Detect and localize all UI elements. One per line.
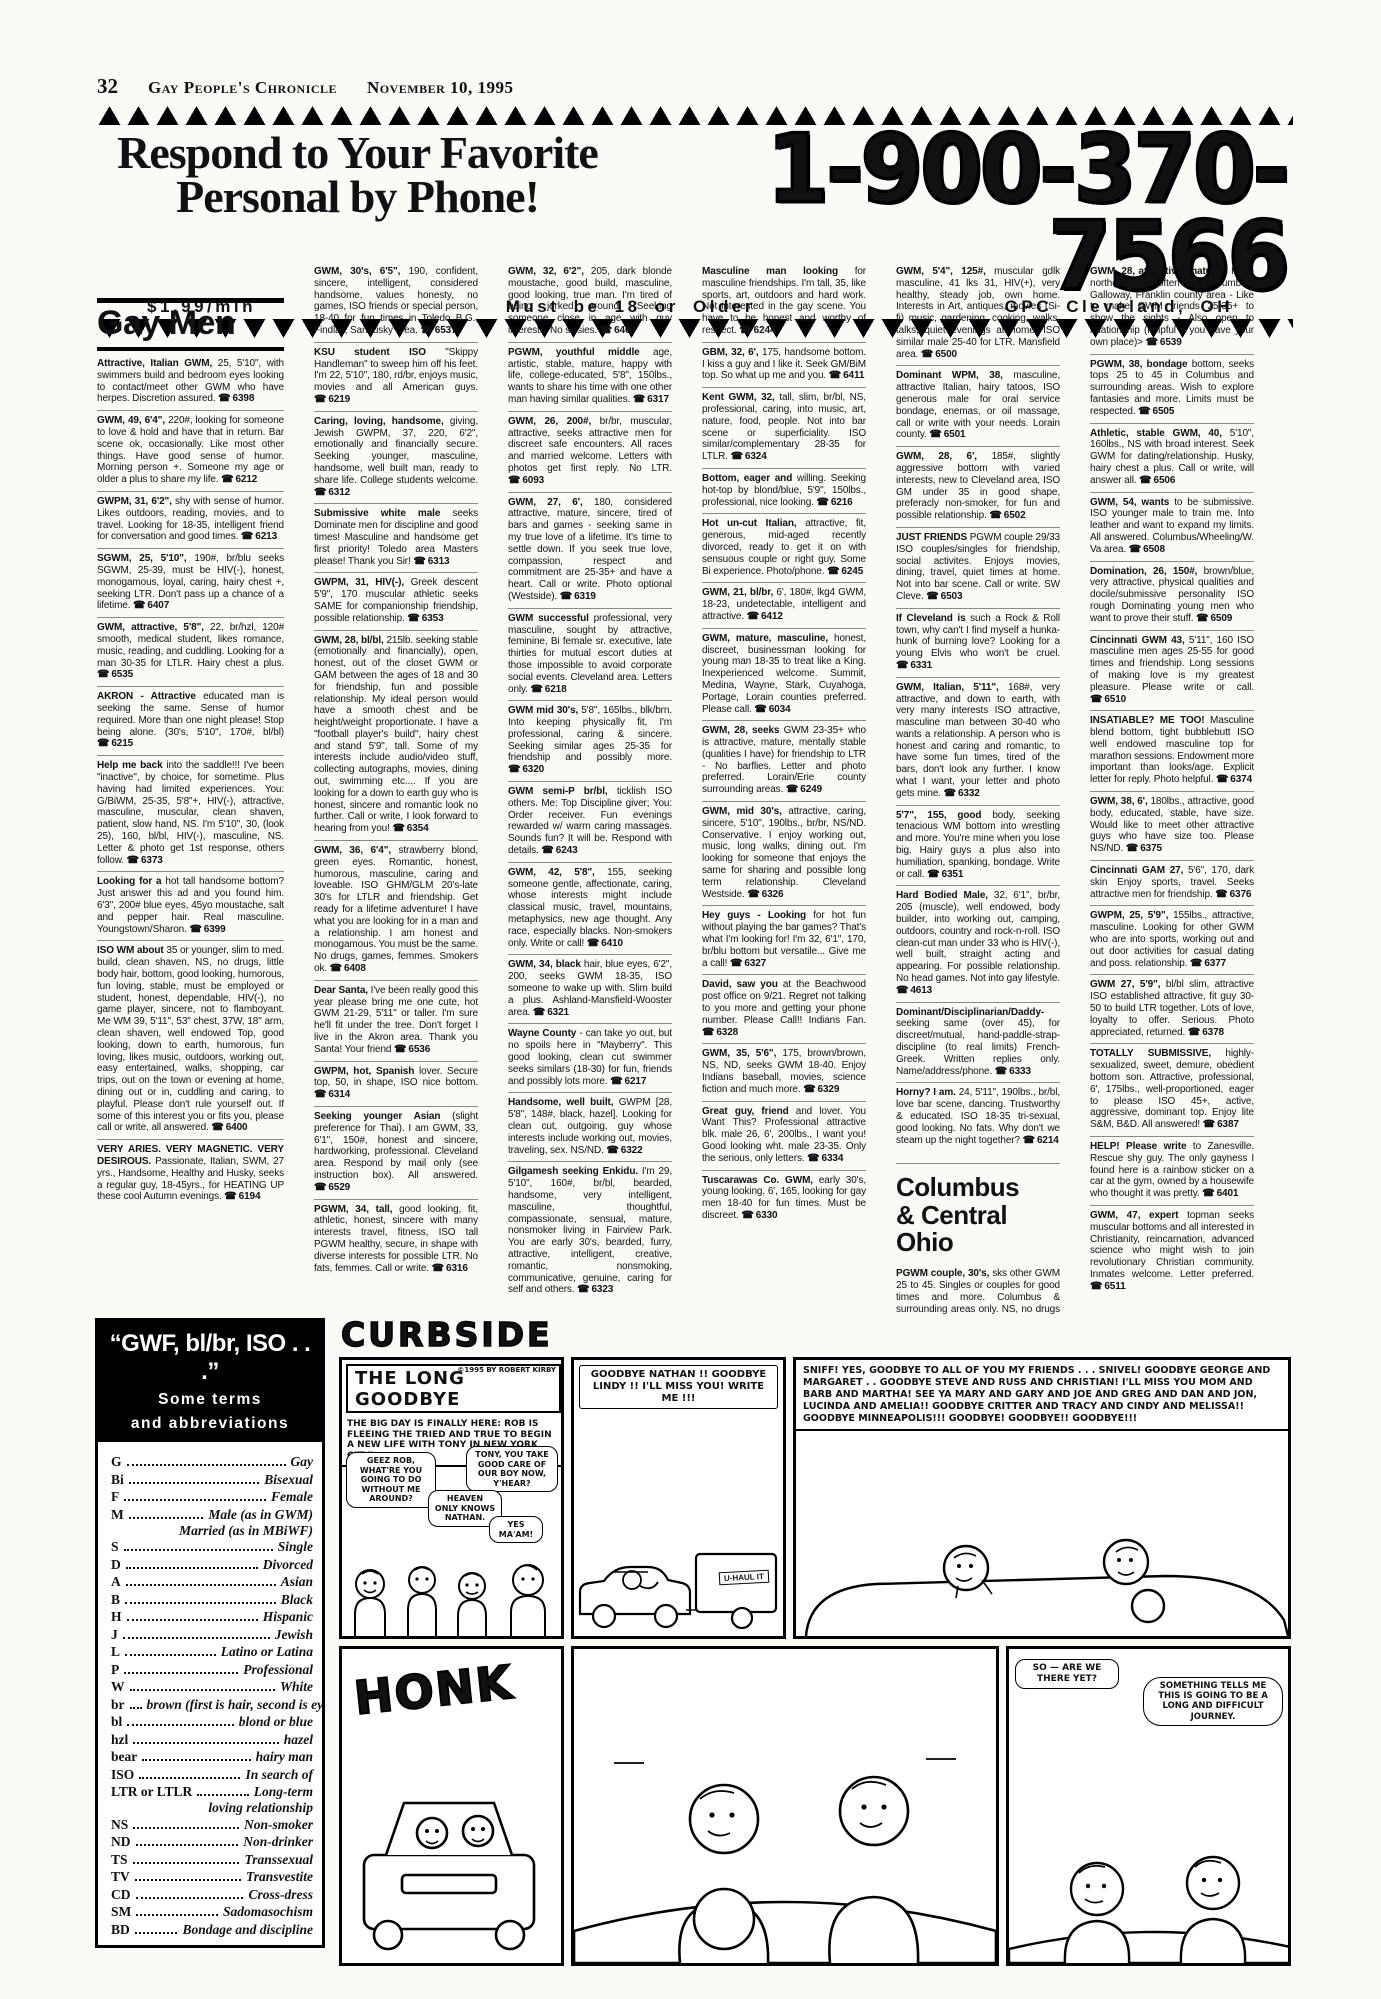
classified-ad: Submissive white male seeks Dominate men… bbox=[314, 503, 478, 572]
abbreviation-entry: J Jewish bbox=[111, 1627, 313, 1643]
thought-bubble: SOMETHING TELLS ME THIS IS GOING TO BE A… bbox=[1143, 1677, 1283, 1726]
abbreviation-entry: ISO In search of bbox=[111, 1767, 313, 1783]
ad-phone-number: 6328 bbox=[716, 1027, 738, 1038]
abbreviation-entry: ND Non-drinker bbox=[111, 1834, 313, 1850]
dot-leader bbox=[127, 1610, 258, 1621]
dot-leader bbox=[135, 1870, 241, 1881]
ad-phone: 6324 bbox=[731, 451, 767, 462]
abbreviation-meaning-cont: Married (as in MBiWF) bbox=[179, 1523, 313, 1538]
ad-phone-number: 6323 bbox=[591, 1284, 613, 1295]
dot-leader bbox=[139, 1768, 240, 1779]
phone-icon bbox=[218, 393, 232, 404]
dot-leader bbox=[129, 1508, 204, 1519]
ad-phone: 6316 bbox=[432, 1263, 468, 1274]
ad-list: Attractive, Italian GWM, 25, 5'10", with… bbox=[97, 354, 284, 1208]
ad-phone-number: 6401 bbox=[1217, 1188, 1239, 1199]
ad-phone: 4613 bbox=[896, 985, 932, 996]
phone-icon bbox=[1196, 613, 1210, 624]
ad-lead: KSU student ISO bbox=[314, 347, 426, 358]
ad-phone-number: 6376 bbox=[1230, 889, 1252, 900]
ad-phone-number: 6316 bbox=[446, 1263, 468, 1274]
dot-leader bbox=[135, 1923, 178, 1934]
ad-lead: GWM mid 30's, bbox=[508, 705, 578, 716]
ad-phone-number: 6334 bbox=[822, 1153, 844, 1164]
ad-lead: Looking for a bbox=[97, 876, 162, 887]
abbreviation-key: CD bbox=[111, 1887, 131, 1903]
ad-list: GWM, 5'4", 125#, muscular gdlk masculine… bbox=[896, 262, 1060, 1151]
phone-icon bbox=[1215, 889, 1229, 900]
ad-phone: 6320 bbox=[508, 764, 544, 775]
classified-ad: Caring, loving, handsome, giving, Jewish… bbox=[314, 411, 478, 504]
abbreviation-key: NS bbox=[111, 1817, 128, 1833]
dot-leader bbox=[125, 1593, 276, 1604]
ad-phone: 6536 bbox=[394, 1044, 430, 1055]
ad-lead: SGWM, 25, 5'10", bbox=[97, 553, 187, 564]
ad-phone: 6322 bbox=[606, 1145, 642, 1156]
ad-phone-number: 6320 bbox=[522, 764, 544, 775]
ad-lead: Great guy, friend bbox=[702, 1106, 789, 1117]
comic-strip: CURBSIDE THE LONG GOODBYE ©1995 by Rober… bbox=[339, 1318, 1291, 1982]
phone-icon bbox=[827, 566, 841, 577]
ad-phone-number: 6330 bbox=[756, 1210, 778, 1221]
classified-ad: GWM mid 30's, 5'8", 165lbs., blk/brn. In… bbox=[508, 700, 672, 781]
car-interior-drawing bbox=[796, 1528, 1291, 1636]
phone-icon bbox=[606, 1145, 620, 1156]
ad-phone-number: 6505 bbox=[1153, 406, 1175, 417]
ad-lead: Gilgamesh seeking Enkidu. bbox=[508, 1166, 638, 1177]
ad-phone-number: 6503 bbox=[941, 591, 963, 602]
speech-bubble: GOODBYE NATHAN !! GOODBYE LINDY !! I'LL … bbox=[579, 1365, 778, 1409]
ad-lead: David, saw you bbox=[702, 979, 778, 990]
ad-lead: PGWM, 34, tall, bbox=[314, 1204, 392, 1215]
phone-icon bbox=[97, 738, 111, 749]
ad-phone: 6219 bbox=[314, 394, 350, 405]
phone-icon bbox=[432, 1263, 446, 1274]
ad-lead: Hard Bodied Male, bbox=[896, 890, 988, 901]
phone-icon bbox=[127, 855, 141, 866]
two-riders-drawing bbox=[1009, 1823, 1291, 1963]
abbreviation-entry: hzl hazel bbox=[111, 1732, 313, 1748]
abbreviation-key: M bbox=[111, 1507, 124, 1523]
ad-phone-number: 6249 bbox=[800, 784, 822, 795]
ad-lead: Hot un-cut Italian, bbox=[702, 518, 797, 529]
dot-leader bbox=[124, 1490, 266, 1501]
abbreviation-meaning: White bbox=[280, 1679, 313, 1695]
abbreviation-entry: CD Cross-dress bbox=[111, 1887, 313, 1903]
ad-phone: 6409 bbox=[600, 325, 636, 336]
phone-icon bbox=[1126, 843, 1140, 854]
dot-leader bbox=[133, 1733, 278, 1744]
ad-phone: 6243 bbox=[541, 845, 577, 856]
classified-ad: GWM, 54, wants to be submissive. ISO you… bbox=[1090, 492, 1254, 561]
classified-ad: GWM, 5'4", 125#, muscular gdlk masculine… bbox=[896, 262, 1060, 365]
ad-phone-number: 6409 bbox=[614, 325, 636, 336]
abbreviation-key: G bbox=[111, 1454, 122, 1470]
ad-lead: INSATIABLE? ME TOO! bbox=[1090, 715, 1205, 726]
ad-lead: Help me back bbox=[97, 760, 163, 771]
ad-phone-number: 6377 bbox=[1204, 958, 1226, 969]
car-dashboard-drawing bbox=[574, 1723, 996, 1963]
phone-icon bbox=[314, 1182, 328, 1193]
abbreviation-key: P bbox=[111, 1662, 119, 1678]
ad-lead: PGWM, youthful middle bbox=[508, 347, 640, 358]
ad-phone: 6321 bbox=[533, 1007, 569, 1018]
abbreviation-entry: B Black bbox=[111, 1592, 313, 1608]
classified-ad: GWPM, hot, Spanish lover. Secure top, 50… bbox=[314, 1061, 478, 1106]
ad-phone: 6334 bbox=[807, 1153, 843, 1164]
classified-ad: Help me back into the saddle!!! I've bee… bbox=[97, 755, 284, 871]
classified-ad: GWM, 27, 6', 180, considered attractive,… bbox=[508, 492, 672, 608]
dot-leader bbox=[124, 1540, 273, 1551]
ad-lead: Attractive, Italian GWM, bbox=[97, 358, 212, 369]
ad-phone: 6400 bbox=[211, 1122, 247, 1133]
banner-line1: Respond to Your Favorite bbox=[105, 131, 610, 175]
ad-body: attractive, caring, sincere, 5'10", 190l… bbox=[702, 806, 866, 900]
phone-icon bbox=[189, 924, 203, 935]
phone-icon bbox=[747, 889, 761, 900]
phone-icon bbox=[1129, 544, 1143, 555]
classified-ad: Athletic, stable GWM, 40, 5'10", 160lbs.… bbox=[1090, 423, 1254, 492]
ad-phone-number: 6314 bbox=[328, 1089, 350, 1100]
ad-lead: GWM successful bbox=[508, 613, 589, 624]
phone-icon bbox=[929, 429, 943, 440]
phone-icon bbox=[221, 474, 235, 485]
phone-icon bbox=[530, 684, 544, 695]
comic-panel-5 bbox=[571, 1646, 999, 1966]
ad-body: professional, very masculine, sought by … bbox=[508, 613, 672, 695]
abbreviation-entry: Bi Bisexual bbox=[111, 1472, 313, 1488]
classified-ad: Dominant WPM, 38, masculine, attractive … bbox=[896, 365, 1060, 446]
classified-ad: GWM, 34, black hair, blue eyes, 6'2", 20… bbox=[508, 954, 672, 1023]
phone-icon bbox=[927, 869, 941, 880]
classified-ad: VERY ARIES. VERY MAGNETIC. VERY DESIROUS… bbox=[97, 1139, 284, 1208]
ad-body: 168#, very attractive, and down to earth… bbox=[896, 682, 1060, 799]
ad-phone: 6313 bbox=[413, 556, 449, 567]
abbreviation-key: TV bbox=[111, 1869, 130, 1885]
comic-panel-1: THE LONG GOODBYE ©1995 by Robert Kirby T… bbox=[339, 1357, 564, 1639]
abbreviation-key: Bi bbox=[111, 1472, 124, 1488]
ad-phone-number: 6219 bbox=[328, 394, 350, 405]
abbreviation-meaning: Transsexual bbox=[244, 1852, 313, 1868]
abbreviation-meaning: brown (first is hair, second is eyes) bbox=[147, 1697, 326, 1713]
ad-lead: GWM semi-P br/bl, bbox=[508, 786, 608, 797]
dot-leader bbox=[125, 1645, 216, 1656]
comic-panel-6: SO — ARE WE THERE YET? SOMETHING TELLS M… bbox=[1006, 1646, 1291, 1966]
abbreviation-key: S bbox=[111, 1539, 119, 1555]
ad-phone: 6373 bbox=[127, 855, 163, 866]
dot-leader bbox=[130, 1680, 275, 1691]
dot-leader bbox=[127, 1715, 233, 1726]
ad-phone: 6351 bbox=[927, 869, 963, 880]
ad-lead: TOTALLY SUBMISSIVE, bbox=[1090, 1048, 1211, 1059]
classified-ad: Bottom, eager and willing. Seeking hot-t… bbox=[702, 468, 866, 513]
phone-icon bbox=[610, 1076, 624, 1087]
speech-bubble: YES MA'AM! bbox=[489, 1516, 543, 1543]
ad-phone-number: 6319 bbox=[574, 591, 596, 602]
ad-phone-number: 6243 bbox=[556, 845, 578, 856]
ad-list: GWM, 32, 6'2", 205, dark blonde moustach… bbox=[508, 262, 672, 1301]
ad-phone-number: 6399 bbox=[204, 924, 226, 935]
ad-phone-number: 6213 bbox=[255, 531, 277, 542]
ad-phone-number: 6218 bbox=[545, 684, 567, 695]
classified-ad: TOTALLY SUBMISSIVE, highly-sexualized, s… bbox=[1090, 1043, 1254, 1136]
ad-lead: GWM, attractive, 5'8", bbox=[97, 622, 204, 633]
classified-ad: Tuscarawas Co. GWM, early 30's, young lo… bbox=[702, 1170, 866, 1227]
ad-phone: 6399 bbox=[189, 924, 225, 935]
classifieds-column-6: GWM, 28, attractive, mature - From north… bbox=[1090, 262, 1254, 1314]
strip-credit: ©1995 by Robert Kirby bbox=[457, 1366, 556, 1374]
ad-phone-number: 6387 bbox=[1217, 1119, 1239, 1130]
ad-phone-number: 6501 bbox=[944, 429, 966, 440]
paper-title: Gay People's Chronicle bbox=[148, 78, 337, 98]
ad-lead: GWM, 47, expert bbox=[1090, 1210, 1178, 1221]
abbreviation-entry: S Single bbox=[111, 1539, 313, 1555]
abbreviation-meaning: hairy man bbox=[256, 1749, 313, 1765]
abbreviation-key: bl bbox=[111, 1714, 122, 1730]
ad-phone-number: 6398 bbox=[233, 393, 255, 404]
ad-lead: GWM, 32, 6'2", bbox=[508, 266, 584, 277]
ad-phone: 6218 bbox=[530, 684, 566, 695]
abbreviation-entry: BD Bondage and discipline bbox=[111, 1922, 313, 1938]
abbreviation-entry: H Hispanic bbox=[111, 1609, 313, 1625]
ad-lead: GWM, 38, 6', bbox=[1090, 796, 1148, 807]
ad-phone-number: 6326 bbox=[762, 889, 784, 900]
banner-line2: Personal by Phone! bbox=[105, 175, 610, 219]
phone-icon bbox=[600, 325, 614, 336]
ad-phone: 6411 bbox=[829, 370, 865, 381]
ad-phone: 6245 bbox=[827, 566, 863, 577]
ad-phone-number: 6329 bbox=[818, 1084, 840, 1095]
ad-phone-number: 6351 bbox=[942, 869, 964, 880]
ad-phone: 6378 bbox=[1188, 1027, 1224, 1038]
ad-phone: 6319 bbox=[560, 591, 596, 602]
abbreviations-list: G Gay Bi Bisexual F Female bbox=[95, 1442, 325, 1948]
phone-icon bbox=[1188, 1027, 1202, 1038]
phone-icon bbox=[1202, 1188, 1216, 1199]
abbreviations-header: “GWF, bl/br, ISO . . .” Some terms and a… bbox=[95, 1318, 325, 1442]
abbreviation-meaning: Divorced bbox=[263, 1557, 313, 1573]
phone-icon bbox=[1190, 958, 1204, 969]
ad-phone: 6407 bbox=[133, 600, 169, 611]
ad-phone: 6354 bbox=[392, 823, 428, 834]
classified-ad: Seeking younger Asian (slight preference… bbox=[314, 1106, 478, 1199]
ad-list: Masculine man looking for masculine frie… bbox=[702, 262, 866, 1227]
ad-body: seeking same (over 45), for discreet/mut… bbox=[896, 1018, 1060, 1076]
abbreviation-key: ISO bbox=[111, 1767, 134, 1783]
ad-phone: 6330 bbox=[741, 1210, 777, 1221]
dot-leader bbox=[136, 1888, 244, 1899]
ad-lead: Cincinnati GWM 43, bbox=[1090, 635, 1185, 646]
abbreviation-entry: br brown (first is hair, second is eyes) bbox=[111, 1697, 313, 1713]
abbreviation-entry: P Professional bbox=[111, 1662, 313, 1678]
phone-icon bbox=[1139, 475, 1153, 486]
page-number: 32 bbox=[97, 74, 118, 99]
ad-phone: 6244 bbox=[739, 325, 775, 336]
classified-ad: GWM, 28, seeks GWM 23-35+ who is attract… bbox=[702, 720, 866, 801]
ad-lead: HELP! Please write bbox=[1090, 1141, 1186, 1152]
ad-phone: 6500 bbox=[921, 349, 957, 360]
abbreviation-meaning: Professional bbox=[243, 1662, 313, 1678]
abbreviation-key: H bbox=[111, 1609, 122, 1625]
ad-phone-number: 6407 bbox=[147, 600, 169, 611]
classified-ad: If Cleveland is such a Rock & Roll town,… bbox=[896, 608, 1060, 677]
classified-ad: GWPM, 31, HIV(-), Greek descent 5'9", 17… bbox=[314, 572, 478, 629]
dot-leader bbox=[136, 1835, 239, 1846]
columbus-line2: & Central Ohio bbox=[896, 1202, 1060, 1257]
ad-lead: Wayne County bbox=[508, 1028, 576, 1039]
phone-icon bbox=[97, 669, 111, 680]
ad-lead: GWPM, 25, 5'9", bbox=[1090, 910, 1168, 921]
dot-leader bbox=[123, 1628, 270, 1639]
ad-phone-number: 6400 bbox=[226, 1122, 248, 1133]
abbreviation-meaning-cont: loving relationship bbox=[208, 1800, 313, 1815]
abbreviation-meaning: hazel bbox=[284, 1732, 313, 1748]
ad-phone-number: 6327 bbox=[744, 958, 766, 969]
ad-phone: 6353 bbox=[407, 613, 443, 624]
abbreviation-meaning: Non-smoker bbox=[244, 1817, 313, 1833]
classified-ad: Horny? I am. 24, 5'11", 190lbs., br/bl, … bbox=[896, 1082, 1060, 1151]
ad-lead: GWM, 28, bl/bl, bbox=[314, 635, 384, 646]
ad-phone-number: 6408 bbox=[344, 963, 366, 974]
classified-ad: GWM 27, 5'9", bl/bl slim, attractive ISO… bbox=[1090, 974, 1254, 1043]
abbreviation-meaning: Female bbox=[271, 1489, 313, 1505]
abbreviation-entry: bl blond or blue bbox=[111, 1714, 313, 1730]
abbreviation-key: W bbox=[111, 1679, 125, 1695]
ad-list: GWM, 30's, 6'5", 190, confident, sincere… bbox=[314, 262, 478, 1279]
ad-phone-number: 6529 bbox=[328, 1182, 350, 1193]
abbreviation-meaning: Male (as in GWM) bbox=[208, 1507, 313, 1523]
abbreviation-meaning: Cross-dress bbox=[248, 1887, 313, 1903]
abbreviation-entry: SM Sadomasochism bbox=[111, 1904, 313, 1920]
ad-lead: GWM, 28, seeks bbox=[702, 725, 779, 736]
classified-ad: Dear Santa, I've been really good this y… bbox=[314, 980, 478, 1061]
classified-ad: PGWM, youthful middle age, artistic, sta… bbox=[508, 342, 672, 411]
classified-ad: SGWM, 25, 5'10", 190#, br/blu seeks SGWM… bbox=[97, 548, 284, 617]
phone-icon bbox=[392, 823, 406, 834]
ad-lead: GBM, 32, 6', bbox=[702, 347, 759, 358]
classified-ad: KSU student ISO "Skippy Handleman" to sw… bbox=[314, 342, 478, 411]
ad-phone: 6194 bbox=[224, 1191, 260, 1202]
dot-leader bbox=[133, 1853, 240, 1864]
ad-phone: 6511 bbox=[1090, 1281, 1126, 1292]
ad-phone-number: 6093 bbox=[522, 475, 544, 486]
ad-phone: 6093 bbox=[508, 475, 544, 486]
phone-icon bbox=[807, 1153, 821, 1164]
panel3-monologue: SNIFF! YES, GOODBYE TO ALL OF YOU MY FRI… bbox=[796, 1360, 1288, 1431]
ad-lead: Cincinnati GAM 27, bbox=[1090, 865, 1183, 876]
ad-phone: 6314 bbox=[314, 1089, 350, 1100]
phone-icon bbox=[241, 531, 255, 542]
ad-phone: 6506 bbox=[1139, 475, 1175, 486]
classified-ad: JUST FRIENDS PGWM couple 29/33 ISO coupl… bbox=[896, 527, 1060, 608]
phone-icon bbox=[314, 394, 328, 405]
ad-lead: Masculine man looking bbox=[702, 266, 838, 277]
ad-body: highly-sexualized, sweet, demure, obedie… bbox=[1090, 1048, 1254, 1130]
ad-lead: GWM, 42, 5'8", bbox=[508, 867, 595, 878]
phone-icon bbox=[508, 475, 522, 486]
abbreviation-key: A bbox=[111, 1574, 121, 1590]
ad-phone-number: 6375 bbox=[1140, 843, 1162, 854]
phone-icon bbox=[314, 1089, 328, 1100]
ad-lead: Handsome, well built, bbox=[508, 1097, 613, 1108]
ad-phone: 6249 bbox=[786, 784, 822, 795]
phone-icon bbox=[1138, 406, 1152, 417]
dot-leader bbox=[130, 1698, 142, 1709]
classified-ad: GWM successful professional, very mascul… bbox=[508, 608, 672, 701]
dot-leader bbox=[133, 1818, 239, 1829]
classified-ad: Wayne County - can take yo out, but no s… bbox=[508, 1023, 672, 1092]
ad-body: 32, 6'1", br/br, 205 (muscle), well endo… bbox=[896, 890, 1060, 984]
ad-phone: 6215 bbox=[97, 738, 133, 749]
ad-phone: 6332 bbox=[944, 788, 980, 799]
classified-ad: GWM, 21, bl/br, 6', 180#, lkg4 GWM, 18-2… bbox=[702, 582, 866, 627]
phone-icon bbox=[989, 510, 1003, 521]
masthead: 32 Gay People's Chronicle November 10, 1… bbox=[97, 74, 514, 99]
abbreviation-entry: G Gay bbox=[111, 1454, 313, 1470]
ad-phone: 6408 bbox=[330, 963, 366, 974]
ad-phone: 6539 bbox=[1146, 337, 1182, 348]
ad-lead: GWM, 35, 5'6", bbox=[702, 1048, 776, 1059]
classifieds-column-4: Masculine man looking for masculine frie… bbox=[702, 262, 866, 1314]
ad-phone: 6213 bbox=[241, 531, 277, 542]
phone-icon bbox=[394, 1044, 408, 1055]
abbreviation-meaning: Latino or Latina bbox=[221, 1644, 313, 1660]
ad-lead: Horny? I am. bbox=[896, 1087, 956, 1098]
phone-icon bbox=[995, 1066, 1009, 1077]
abbreviation-meaning: Long-term bbox=[254, 1784, 313, 1800]
classified-ad: AKRON - Attractive educated man is seeki… bbox=[97, 686, 284, 755]
ad-phone: 6327 bbox=[730, 958, 766, 969]
classified-ad: GWM, 30's, 6'5", 190, confident, sincere… bbox=[314, 262, 478, 342]
abbreviation-meaning: Sadomasochism bbox=[223, 1904, 313, 1920]
phone-icon bbox=[1090, 694, 1104, 705]
classified-ad: GWM, 28, 6', 185#, slightly aggressive b… bbox=[896, 446, 1060, 527]
ad-phone-number: 6535 bbox=[111, 669, 133, 680]
ad-lead: JUST FRIENDS bbox=[896, 532, 967, 543]
ad-lead: ISO WM about bbox=[97, 945, 164, 956]
speech-bubble: TONY, YOU TAKE GOOD CARE OF OUR BOY NOW,… bbox=[466, 1446, 558, 1492]
ad-lead: PGWM couple, 30's, bbox=[896, 1268, 989, 1279]
phone-icon bbox=[921, 349, 935, 360]
ad-lead: GWM, 30's, 6'5", bbox=[314, 266, 400, 277]
ad-phone-number: 6217 bbox=[625, 1076, 647, 1087]
classified-ad: PGWM, 38, bondage bottom, seeks tops 25 … bbox=[1090, 354, 1254, 423]
phone-icon bbox=[420, 325, 434, 336]
ad-phone: 6377 bbox=[1190, 958, 1226, 969]
ad-phone-number: 6244 bbox=[754, 325, 776, 336]
ad-phone-number: 6378 bbox=[1202, 1027, 1224, 1038]
ad-phone-number: 6194 bbox=[239, 1191, 261, 1202]
classified-ad: Dominant/Disciplinarian/Daddy- seeking s… bbox=[896, 1002, 1060, 1083]
speech-bubble: SO — ARE WE THERE YET? bbox=[1015, 1659, 1119, 1689]
classified-ad: INSATIABLE? ME TOO! Masculine blend bott… bbox=[1090, 710, 1254, 791]
ad-body: 215lb. seeking stable (emotionally and f… bbox=[314, 635, 478, 835]
classified-ad: Kent GWM, 32, tall, slim, br/bl, NS, pro… bbox=[702, 387, 866, 468]
dot-leader bbox=[126, 1575, 276, 1586]
phone-icon bbox=[633, 394, 647, 405]
ad-phone-number: 6412 bbox=[761, 611, 783, 622]
abbreviation-key: SM bbox=[111, 1904, 131, 1920]
classified-ad: Domination, 26, 150#, brown/blue, very a… bbox=[1090, 561, 1254, 630]
ad-phone: 6331 bbox=[896, 660, 932, 671]
ad-phone-number: 6354 bbox=[407, 823, 429, 834]
phone-icon bbox=[508, 764, 522, 775]
abbreviation-entry: L Latino or Latina bbox=[111, 1644, 313, 1660]
ad-phone: 6212 bbox=[221, 474, 257, 485]
dot-leader bbox=[136, 1905, 218, 1916]
phone-icon bbox=[1203, 1119, 1217, 1130]
ad-phone: 6401 bbox=[1202, 1188, 1238, 1199]
